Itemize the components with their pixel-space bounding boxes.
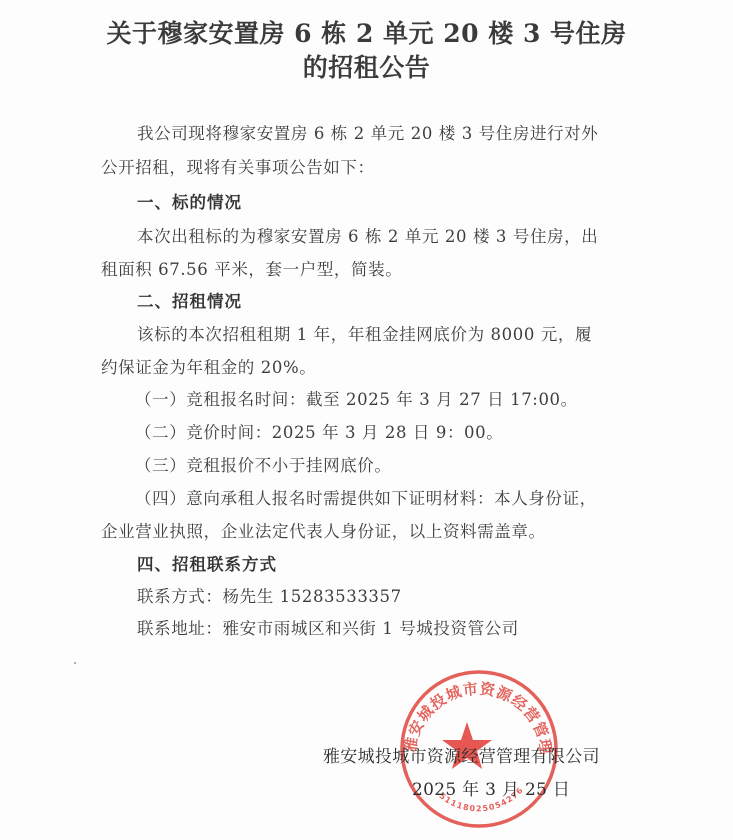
- section-heading-1: 一、标的情况: [137, 192, 662, 214]
- section2-line-1: 该标的本次招租租期 1 年，年租金挂网底价为 8000 元，履: [137, 324, 662, 346]
- address-line: 联系地址：雅安市雨城区和兴街 1 号城投资管公司: [137, 618, 662, 640]
- section2-item-4-cont: 企业营业执照，企业法定代表人身份证，以上资料需盖章。: [101, 521, 626, 543]
- section2-item-2: （二）竞价时间：2025 年 3 月 28 日 9：00。: [135, 422, 660, 444]
- section-heading-4: 四、招租联系方式: [137, 554, 662, 576]
- section1-line-2: 租面积 67.56 平米，套一户型，简装。: [101, 259, 626, 281]
- section-heading-2: 二、招租情况: [137, 291, 662, 313]
- intro-line-2: 公开招租，现将有关事项公告如下：: [101, 157, 626, 179]
- section2-item-1: （一）竞租报名时间：截至 2025 年 3 月 27 日 17:00。: [135, 389, 660, 411]
- section2-item-4: （四）意向承租人报名时需提供如下证明材料：本人身份证，: [135, 488, 660, 510]
- intro-line-1: 我公司现将穆家安置房 6 栋 2 单元 20 楼 3 号住房进行对外: [137, 123, 662, 145]
- announcement-page: 关于穆家安置房 6 栋 2 单元 20 楼 3 号住房 的招租公告 我公司现将穆…: [0, 0, 733, 840]
- scan-speck: [74, 662, 76, 664]
- document-title-line-1: 关于穆家安置房 6 栋 2 单元 20 楼 3 号住房: [0, 17, 733, 51]
- signature-date: 2025 年 3 月 25 日: [412, 779, 570, 801]
- document-title-line-2: 的招租公告: [0, 51, 733, 85]
- signature-company: 雅安城投城市资源经营管理有限公司: [323, 746, 600, 768]
- section2-item-3: （三）竞租报价不小于挂网底价。: [135, 455, 660, 477]
- contact-line: 联系方式：杨先生 15283533357: [137, 586, 662, 608]
- section1-line-1: 本次出租标的为穆家安置房 6 栋 2 单元 20 楼 3 号住房，出: [137, 226, 662, 248]
- section2-line-2: 约保证金为年租金的 20%。: [101, 357, 626, 379]
